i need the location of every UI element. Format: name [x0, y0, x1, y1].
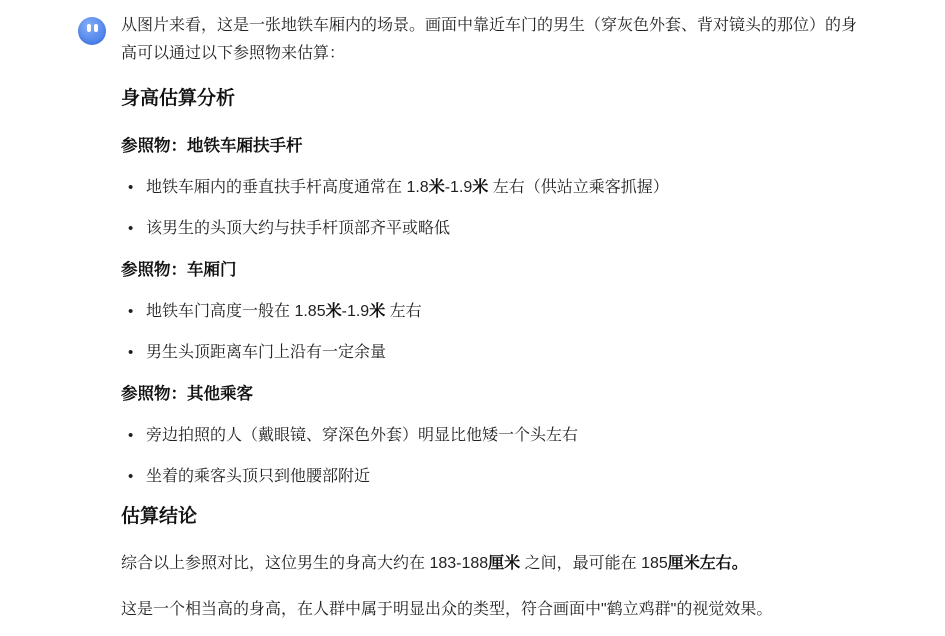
message-content: 从图片来看，这是一张地铁车厢内的场景。画面中靠近车门的男生（穿灰色外套、背对镜头… [121, 12, 871, 636]
bold-text: 米 [429, 179, 445, 196]
text-segment: 男生头顶距离车门上沿有一定余量 [146, 344, 386, 361]
text-segment: 地铁车门高度一般在 1.85 [146, 303, 326, 320]
bullet-icon: • [128, 174, 133, 202]
bullet-icon: • [128, 298, 133, 326]
bullet-text: 地铁车厢内的垂直扶手杆高度通常在 1.8米-1.9米 左右（供站立乘客抓握） [146, 179, 669, 196]
text-segment: 这是一个相当高的身高，在人群中属于明显出众的类型，符合画面中"鹤立鸡群"的视觉效… [121, 601, 772, 618]
bold-text: 厘米 [488, 555, 520, 572]
chat-window: 从图片来看，这是一张地铁车厢内的场景。画面中靠近车门的男生（穿灰色外套、背对镜头… [0, 0, 945, 636]
bullet-icon: • [128, 339, 133, 367]
text-segment: 地铁车厢内的垂直扶手杆高度通常在 1.8 [146, 179, 429, 196]
text-segment: 该男生的头顶大约与扶手杆顶部齐平或略低 [146, 220, 450, 237]
bullet-text: 男生头顶距离车门上沿有一定余量 [146, 344, 386, 361]
bullet-text: 坐着的乘客头顶只到他腰部附近 [146, 468, 370, 485]
paragraph: 综合以上参照对比，这位男生的身高大约在 183-188厘米 之间，最可能在 18… [121, 550, 871, 578]
bold-text: 身高估算分析 [121, 88, 235, 109]
bullet-icon: • [128, 422, 133, 450]
bullet-text: 旁边拍照的人（戴眼镜、穿深色外套）明显比他矮一个头左右 [146, 427, 578, 444]
bold-text: 米 [326, 303, 342, 320]
bold-text: 厘米左右。 [668, 555, 748, 572]
bullet-item: •坐着的乘客头顶只到他腰部附近 [121, 463, 871, 491]
text-segment: 旁边拍照的人（戴眼镜、穿深色外套）明显比他矮一个头左右 [146, 427, 578, 444]
paragraph: 从图片来看，这是一张地铁车厢内的场景。画面中靠近车门的男生（穿灰色外套、背对镜头… [121, 12, 871, 68]
assistant-avatar-icon [78, 17, 106, 45]
bold-text: 米 [369, 303, 385, 320]
paragraph: 这是一个相当高的身高，在人群中属于明显出众的类型，符合画面中"鹤立鸡群"的视觉效… [121, 596, 871, 624]
sub-heading: 参照物：其他乘客 [121, 380, 871, 408]
avatar-eye-icon [94, 24, 98, 32]
sub-heading: 参照物：车厢门 [121, 256, 871, 284]
sub-heading: 参照物：地铁车厢扶手杆 [121, 132, 871, 160]
bullet-item: •地铁车厢内的垂直扶手杆高度通常在 1.8米-1.9米 左右（供站立乘客抓握） [121, 174, 871, 202]
text-segment: -1.9 [342, 303, 370, 320]
section-heading: 身高估算分析 [121, 86, 871, 112]
text-segment: 之间，最可能在 185 [520, 555, 668, 572]
section-heading: 估算结论 [121, 504, 871, 530]
text-segment: 综合以上参照对比，这位男生的身高大约在 183-188 [121, 555, 488, 572]
bullet-text: 地铁车门高度一般在 1.85米-1.9米 左右 [146, 303, 422, 320]
bold-text: 估算结论 [121, 506, 197, 527]
bold-text: 参照物：其他乘客 [121, 385, 253, 403]
bullet-icon: • [128, 215, 133, 243]
bold-text: 参照物：地铁车厢扶手杆 [121, 137, 303, 155]
text-segment: 从图片来看，这是一张地铁车厢内的场景。画面中靠近车门的男生（穿灰色外套、背对镜头… [121, 17, 857, 62]
text-segment: -1.9 [445, 179, 473, 196]
bullet-text: 该男生的头顶大约与扶手杆顶部齐平或略低 [146, 220, 450, 237]
text-segment: 坐着的乘客头顶只到他腰部附近 [146, 468, 370, 485]
bullet-item: •地铁车门高度一般在 1.85米-1.9米 左右 [121, 298, 871, 326]
bold-text: 米 [472, 179, 488, 196]
bold-text: 参照物：车厢门 [121, 261, 237, 279]
bullet-icon: • [128, 463, 133, 491]
bullet-item: •该男生的头顶大约与扶手杆顶部齐平或略低 [121, 215, 871, 243]
bullet-item: •旁边拍照的人（戴眼镜、穿深色外套）明显比他矮一个头左右 [121, 422, 871, 450]
avatar-eye-icon [87, 24, 91, 32]
text-segment: 左右（供站立乘客抓握） [488, 179, 668, 196]
bullet-item: •男生头顶距离车门上沿有一定余量 [121, 339, 871, 367]
text-segment: 左右 [385, 303, 421, 320]
